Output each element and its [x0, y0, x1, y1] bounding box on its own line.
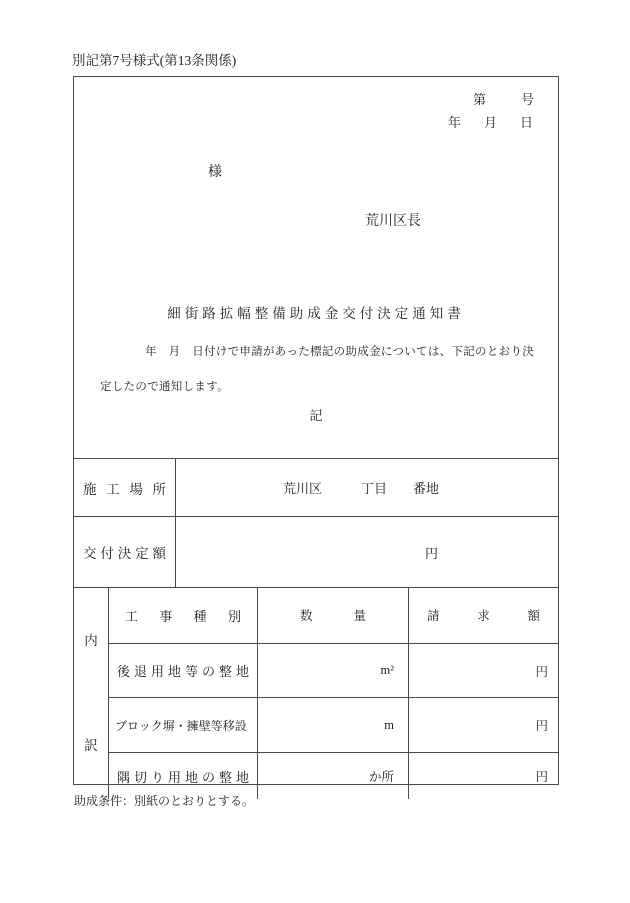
item-amount-unit: 円	[409, 753, 558, 799]
col-header-text: 工事種別	[125, 606, 241, 625]
item-type-text: 隅切り用地の整地	[117, 767, 249, 786]
construction-site-value: 荒川区 丁目 番地	[176, 459, 558, 516]
col-header-billed-amount: 請求額	[409, 588, 558, 643]
body-line-2: 定したので通知します。	[100, 370, 512, 405]
item-type: 後退用地等の整地	[109, 644, 258, 698]
item-type: ブロック塀・擁壁等移設	[109, 698, 258, 752]
grant-amount-label: 交付決定額	[74, 517, 176, 587]
sender-name: 荒川区長	[365, 214, 558, 230]
row-label-text: 施工場所	[83, 478, 166, 498]
item-quantity-unit: m	[258, 698, 409, 752]
breakdown-row: 内 訳 工事種別 数量 請求額 後退用地等の整地	[74, 587, 558, 799]
form-style-label: 別記第7号様式(第13条関係)	[72, 53, 630, 69]
row-label-text: 交付決定額	[83, 542, 166, 562]
breakdown-item-row-setback-land: 後退用地等の整地 m² 円	[109, 644, 558, 699]
letter-section: 第 号 年 月 日 様 荒川区長 細街路拡幅整備助成金交付決定通知書 年 月 日…	[74, 92, 558, 458]
item-quantity-unit: か所	[258, 753, 409, 799]
breakdown-item-row-block-wall: ブロック塀・擁壁等移設 m 円	[109, 698, 558, 753]
document-title: 細街路拡幅整備助成金交付決定通知書	[74, 305, 558, 322]
issue-date-line: 年 月 日	[74, 115, 558, 131]
document-frame: 第 号 年 月 日 様 荒川区長 細街路拡幅整備助成金交付決定通知書 年 月 日…	[73, 76, 559, 785]
breakdown-label-char-1: 内	[84, 633, 98, 649]
breakdown-label-char-2: 訳	[84, 738, 98, 754]
document-page: 別記第7号様式(第13条関係) 第 号 年 月 日 様 荒川区長 細街路拡幅整備…	[0, 0, 630, 903]
item-amount-unit: 円	[409, 698, 558, 752]
item-type: 隅切り用地の整地	[109, 753, 258, 799]
body-paragraph: 年 月 日付けで申請があった標記の助成金については、下記のとおり決 定したので通…	[100, 335, 512, 405]
breakdown-table: 工事種別 数量 請求額 後退用地等の整地 m² 円	[109, 588, 558, 799]
yen-unit: 円	[425, 543, 438, 562]
grant-amount-value: 円	[176, 517, 558, 587]
construction-site-row: 施工場所 荒川区 丁目 番地	[74, 458, 558, 516]
item-type-text: 後退用地等の整地	[117, 661, 249, 680]
col-header-text: 数量	[300, 606, 366, 624]
addressee-honorific: 様	[208, 165, 558, 181]
record-marker: 記	[74, 408, 558, 424]
breakdown-column-label: 内 訳	[74, 588, 109, 799]
col-header-text: 請求額	[427, 606, 540, 624]
construction-site-label: 施工場所	[74, 459, 176, 516]
grant-amount-row: 交付決定額 円	[74, 516, 558, 587]
breakdown-item-row-corner-cut: 隅切り用地の整地 か所 円	[109, 753, 558, 799]
item-quantity-unit: m²	[258, 644, 409, 698]
breakdown-header-row: 工事種別 数量 請求額	[109, 588, 558, 644]
item-amount-unit: 円	[409, 644, 558, 698]
body-line-1: 年 月 日付けで申請があった標記の助成金については、下記のとおり決	[100, 335, 512, 370]
col-header-work-type: 工事種別	[109, 588, 258, 643]
issue-number-line: 第 号	[74, 92, 558, 108]
col-header-quantity: 数量	[258, 588, 409, 643]
